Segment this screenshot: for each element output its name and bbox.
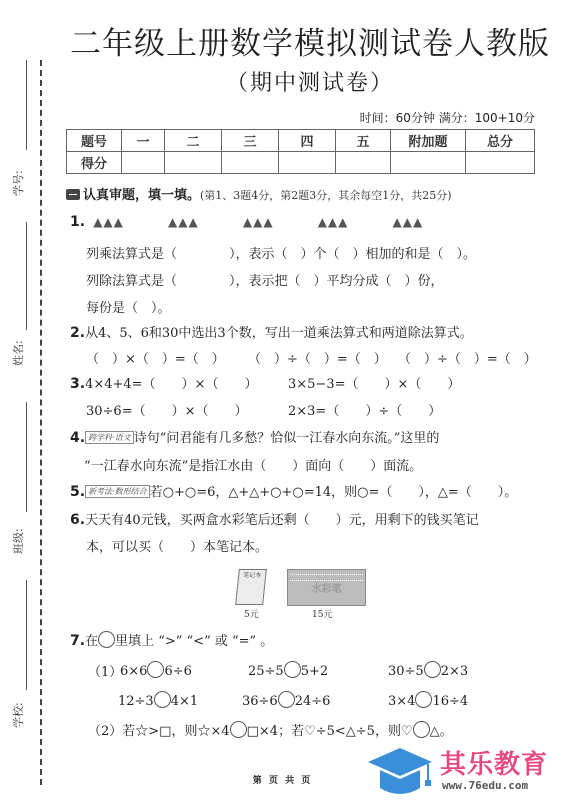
triangle-group-icon: ▲▲▲ bbox=[318, 215, 349, 229]
question-1-line-1: 列乘法算式是（ ），表示（ ）个（ ）相加的和是（ ）。 bbox=[86, 243, 476, 262]
score-cell[interactable] bbox=[279, 152, 336, 174]
binding-dashed-line bbox=[40, 60, 42, 785]
student-id-label: 学号: bbox=[10, 176, 26, 196]
equation-blank[interactable]: 4×4+4=（ ）×（ ） bbox=[85, 377, 257, 392]
margin-underline bbox=[26, 60, 27, 150]
comparison-circle-blank[interactable] bbox=[278, 691, 295, 708]
equation-blank[interactable]: 3×5−3=（ ）×（ ） bbox=[288, 373, 460, 392]
question-5: 5.新考法·数形结合若○+○=6，△+△+○+○=14，则○=（ ），△=（ ）… bbox=[70, 481, 517, 500]
score-cell[interactable] bbox=[222, 152, 279, 174]
question-text: 诗句“问君能有几多愁？恰似一江春水向东流。”这里的 bbox=[134, 431, 440, 446]
watermark-brand: 其乐教育 bbox=[440, 744, 548, 781]
section-title: 认真审题，填一填。 bbox=[83, 188, 200, 203]
triangle-group-icon: ▲▲▲ bbox=[168, 215, 199, 229]
question-number: 4. bbox=[70, 430, 85, 446]
comparison-item: 12÷34×1 bbox=[118, 691, 198, 709]
expression-left: 3×4 bbox=[388, 694, 415, 709]
circle-blank-icon bbox=[98, 631, 115, 648]
comparison-circle-blank[interactable] bbox=[230, 721, 247, 738]
question-number: 1. bbox=[70, 214, 85, 230]
question-number: 5. bbox=[70, 484, 85, 500]
question-2-blank-1[interactable]: （ ）×（ ）=（ ） bbox=[86, 348, 225, 367]
expression-right: 24÷6 bbox=[295, 694, 331, 709]
table-header-cell: 五 bbox=[336, 130, 391, 152]
equation-blank[interactable]: 2×3=（ ）÷（ ） bbox=[288, 400, 441, 419]
pen-box-label: 水彩笔 bbox=[312, 584, 342, 595]
expression-left: 25÷5 bbox=[248, 664, 284, 679]
question-text: 在 bbox=[85, 634, 98, 649]
question-1-line-3: 每份是（ ）。 bbox=[86, 297, 171, 316]
cross-subject-tag: 跨学科·语文 bbox=[85, 431, 134, 444]
comparison-circle-blank[interactable] bbox=[424, 661, 441, 678]
question-number: 7. bbox=[70, 633, 85, 649]
expression-right: 16÷4 bbox=[432, 694, 468, 709]
part-label: （2） bbox=[88, 724, 122, 739]
margin-underline bbox=[26, 402, 27, 512]
expression-left: 36÷6 bbox=[242, 694, 278, 709]
expression-left: 6×6 bbox=[120, 664, 147, 679]
expression-left: 30÷5 bbox=[388, 664, 424, 679]
triangle-group-icon: ▲▲▲ bbox=[243, 215, 274, 229]
section-number-badge-icon bbox=[66, 189, 80, 200]
comparison-circle-blank[interactable] bbox=[147, 661, 164, 678]
comparison-item: 25÷55+2 bbox=[248, 661, 328, 679]
table-header-cell: 二 bbox=[165, 130, 222, 152]
expression-right: 4×1 bbox=[171, 694, 198, 709]
question-text: △。 bbox=[430, 724, 453, 739]
class-label: 班级: bbox=[10, 534, 26, 554]
score-cell[interactable] bbox=[122, 152, 165, 174]
notebook-price: 5元 bbox=[244, 607, 259, 620]
question-text: 天天有40元钱，买两盒水彩笔后还剩（ ）元，用剩下的钱买笔记 bbox=[85, 513, 479, 528]
table-header-cell: 附加题 bbox=[391, 130, 466, 152]
exam-meta: 时间：60分钟 满分：100+10分 bbox=[360, 109, 535, 126]
question-6-line-2: 本，可以买（ ）本笔记本。 bbox=[86, 536, 268, 555]
question-text: 若○+○=6，△+△+○+○=14，则○=（ ），△=（ ）。 bbox=[150, 485, 518, 500]
table-row-label: 得分 bbox=[67, 152, 122, 174]
table-header-cell: 一 bbox=[122, 130, 165, 152]
comparison-circle-blank[interactable] bbox=[154, 691, 171, 708]
notebook-image: 笔记本 bbox=[235, 569, 267, 605]
section-score-note: (第1、3题4分，第2题3分，其余每空1分，共25分) bbox=[200, 189, 452, 202]
page-subtitle: （期中测试卷） bbox=[60, 66, 560, 97]
question-number: 6. bbox=[70, 512, 85, 528]
question-text: □×4；若♡÷5<△÷5，则♡ bbox=[247, 724, 413, 739]
question-7-part-1-label: （1） bbox=[88, 661, 122, 680]
table-header-cell: 题号 bbox=[67, 130, 122, 152]
section-1-heading: 认真审题，填一填。(第1、3题4分，第2题3分，其余每空1分，共25分) bbox=[66, 184, 452, 203]
comparison-circle-blank[interactable] bbox=[413, 721, 430, 738]
question-number: 2. bbox=[70, 325, 85, 341]
question-2-blank-2[interactable]: （ ）÷（ ）=（ ） bbox=[248, 348, 387, 367]
expression-right: 6÷6 bbox=[164, 664, 191, 679]
triangle-group-icon: ▲▲▲ bbox=[393, 215, 424, 229]
comparison-item: 36÷624÷6 bbox=[242, 691, 330, 709]
score-cell[interactable] bbox=[391, 152, 466, 174]
question-7-prompt: 7.在里填上 “>” “<” 或 “=” 。 bbox=[70, 630, 273, 649]
table-header-cell: 总分 bbox=[466, 130, 535, 152]
watermark-url: www.76edu.com bbox=[442, 779, 528, 792]
margin-underline bbox=[26, 580, 27, 690]
comparison-item: 6×66÷6 bbox=[120, 661, 192, 679]
score-table-header-row: 题号 一 二 三 四 五 附加题 总分 bbox=[67, 130, 535, 152]
equation-blank[interactable]: 30÷6=（ ）×（ ） bbox=[86, 400, 248, 419]
expression-left: 12÷3 bbox=[118, 694, 154, 709]
triangle-group-icon: ▲▲▲ bbox=[93, 215, 124, 229]
comparison-item: 3×416÷4 bbox=[388, 691, 468, 709]
question-number: 3. bbox=[70, 376, 85, 392]
question-text: 从4、5、6和30中选出3个数，写出一道乘法算式和两道除法算式。 bbox=[85, 326, 473, 341]
comparison-circle-blank[interactable] bbox=[284, 661, 301, 678]
question-6-line-1: 6.天天有40元钱，买两盒水彩笔后还剩（ ）元，用剩下的钱买笔记 bbox=[70, 509, 479, 528]
question-1-triangles: 1. ▲▲▲ ▲▲▲ ▲▲▲ ▲▲▲ ▲▲▲ bbox=[70, 214, 423, 230]
question-4-line-2: “一江春水向东流”是指江水由（ ）面向（ ）面流。 bbox=[84, 455, 422, 474]
score-cell[interactable] bbox=[336, 152, 391, 174]
score-table: 题号 一 二 三 四 五 附加题 总分 得分 bbox=[66, 129, 535, 174]
graduation-cap-icon bbox=[366, 744, 438, 799]
margin-underline bbox=[26, 222, 27, 330]
name-label: 姓名: bbox=[10, 346, 26, 366]
expression-right: 5+2 bbox=[301, 664, 328, 679]
question-text: 若☆>□，则☆×4 bbox=[122, 724, 229, 739]
score-table-score-row: 得分 bbox=[67, 152, 535, 174]
school-label: 学校: bbox=[10, 708, 26, 728]
question-2: 2.从4、5、6和30中选出3个数，写出一道乘法算式和两道除法算式。 bbox=[70, 322, 473, 341]
pen-box-price: 15元 bbox=[312, 607, 332, 620]
question-4-line-1: 4.跨学科·语文诗句“问君能有几多愁？恰似一江春水向东流。”这里的 bbox=[70, 427, 439, 446]
table-header-cell: 三 bbox=[222, 130, 279, 152]
question-1-line-2: 列除法算式是（ ），表示把（ ）平均分成（ ）份， bbox=[86, 270, 444, 289]
new-method-tag: 新考法·数形结合 bbox=[85, 485, 150, 498]
expression-right: 2×3 bbox=[441, 664, 468, 679]
question-text: 里填上 “>” “<” 或 “=” 。 bbox=[115, 634, 273, 649]
table-header-cell: 四 bbox=[279, 130, 336, 152]
comparison-circle-blank[interactable] bbox=[415, 691, 432, 708]
page-title: 二年级上册数学模拟测试卷人教版 bbox=[60, 18, 560, 63]
notebook-label: 笔记本 bbox=[243, 572, 262, 579]
watercolor-pen-box-image: 水彩笔 bbox=[287, 569, 366, 606]
score-cell[interactable] bbox=[466, 152, 535, 174]
question-3-row-1: 3.4×4+4=（ ）×（ ） bbox=[70, 373, 257, 392]
comparison-item: 30÷52×3 bbox=[388, 661, 468, 679]
score-cell[interactable] bbox=[165, 152, 222, 174]
question-7-part-2: （2）若☆>□，则☆×4□×4；若♡÷5<△÷5，则♡△。 bbox=[88, 720, 453, 739]
question-2-blank-3[interactable]: （ ）÷（ ）=（ ） bbox=[398, 348, 537, 367]
